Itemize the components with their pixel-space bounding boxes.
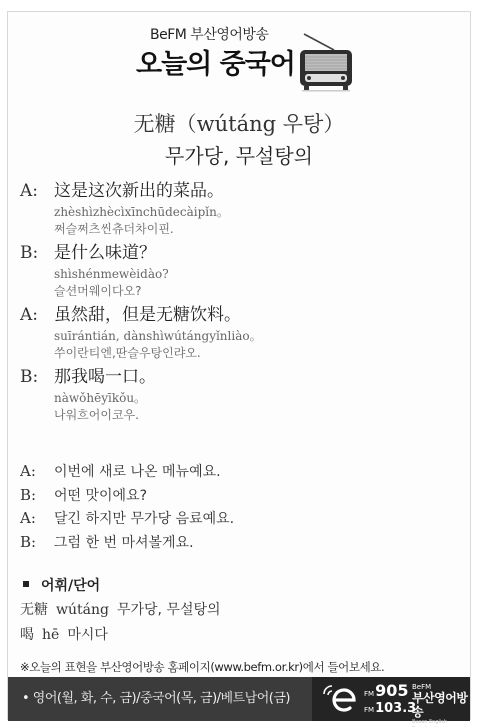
korean-pronunciation: 나워흐어이코우. bbox=[54, 407, 460, 426]
dialogue-line: B:那我喝一口。 nàwǒhēyīkǒu。 나워흐어이코우. bbox=[20, 364, 460, 426]
homepage-notice: ※오늘의 표현을 부산영어방송 홈페이지(www.befm.or.kr)에서 들… bbox=[20, 659, 470, 675]
vocab-word: 喝 bbox=[20, 627, 34, 643]
chinese-sentence: 这是这次新出的菜品。 bbox=[54, 181, 224, 201]
header: BeFM 부산영어방송 오늘의 중국어 bbox=[8, 22, 470, 94]
chinese-sentence: 那我喝一口。 bbox=[54, 367, 156, 387]
translation-text: 어떤 맛이에요? bbox=[54, 488, 147, 504]
station-subtitle: Busan English Broadcasting bbox=[412, 719, 470, 727]
korean-pronunciation: 슬션머웨이다오? bbox=[54, 283, 460, 302]
word-meaning: 무가당, 무설탕의 bbox=[8, 140, 470, 169]
translation-line: B:어떤 맛이에요? bbox=[20, 484, 460, 508]
chinese-sentence: 是什么味道？ bbox=[54, 243, 156, 263]
radio-icon bbox=[298, 32, 354, 92]
pinyin: zhèshìzhècìxīnchūdecàipǐn。 bbox=[54, 204, 460, 221]
speaker: A: bbox=[20, 507, 54, 531]
fm-label: FM bbox=[364, 706, 374, 714]
brand-label: BeFM 부산영어방송 bbox=[150, 24, 268, 44]
translation-text: 이번에 새로 나온 메뉴예요. bbox=[54, 464, 221, 480]
vocabulary-item: 无糖wútáng무가당, 무설탕의 bbox=[20, 598, 460, 623]
chinese-sentence: 虽然甜，但是无糖饮料。 bbox=[54, 305, 241, 325]
word-title: 无糖（wútáng 우탕） bbox=[8, 108, 470, 138]
speaker: A: bbox=[20, 302, 54, 328]
translation-line: B:그럼 한 번 마셔볼게요. bbox=[20, 531, 460, 555]
frequency: FM905 FM103.3 bbox=[364, 683, 416, 717]
translation-line: A:달긴 하지만 무가당 음료예요. bbox=[20, 507, 460, 531]
pinyin: nàwǒhēyīkǒu。 bbox=[54, 390, 460, 407]
vocabulary-heading-text: 어휘/단어 bbox=[41, 578, 100, 594]
speaker: B: bbox=[20, 364, 54, 390]
translation-text: 달긴 하지만 무가당 음료예요. bbox=[54, 511, 234, 527]
station-brand: BeFM bbox=[412, 683, 470, 691]
pinyin: suīrántián, dànshìwútángyǐnliào。 bbox=[54, 328, 460, 345]
show-title: 오늘의 중국어 bbox=[136, 42, 295, 81]
station-logo: FM905 FM103.3 BeFM 부산영어방송 Busan English … bbox=[312, 677, 470, 721]
speaker: B: bbox=[20, 531, 54, 555]
dialogue-line: A:这是这次新出的菜品。 zhèshìzhècìxīnchūdecàipǐn。 … bbox=[20, 178, 460, 240]
square-bullet-icon bbox=[23, 581, 29, 587]
vocab-pinyin: wútáng bbox=[56, 602, 109, 618]
vocabulary-heading: 어휘/단어 bbox=[20, 574, 460, 598]
article-frame: BeFM 부산영어방송 오늘의 중국어 无糖（wútáng 우탕） 무가당, 무… bbox=[7, 11, 471, 720]
station-name-block: BeFM 부산영어방송 Busan English Broadcasting bbox=[412, 683, 470, 727]
speaker: B: bbox=[20, 240, 54, 266]
translation-line: A:이번에 새로 나온 메뉴예요. bbox=[20, 460, 460, 484]
translation-text: 그럼 한 번 마셔볼게요. bbox=[54, 535, 194, 551]
broadcast-schedule: • 영어(월, 화, 수, 금)/중국어(목, 금)/베트남어(금) bbox=[8, 677, 312, 721]
frequency-1033: 103.3 bbox=[375, 701, 416, 716]
vocab-meaning: 마시다 bbox=[67, 627, 108, 643]
station-name: 부산영어방송 bbox=[412, 691, 470, 719]
pinyin: shìshénmewèidào? bbox=[54, 266, 460, 283]
fm-label: FM bbox=[364, 690, 374, 698]
korean-pronunciation: 쩌슬쩌츠씬츄더차이핀. bbox=[54, 221, 460, 240]
vocab-meaning: 무가당, 무설탕의 bbox=[117, 602, 221, 618]
speaker: A: bbox=[20, 460, 54, 484]
korean-pronunciation: 쑤이란티엔,딴슬우탕인랴오. bbox=[54, 345, 460, 364]
speaker: A: bbox=[20, 178, 54, 204]
vocab-pinyin: hē bbox=[42, 627, 59, 643]
dialogue: A:这是这次新出的菜品。 zhèshìzhècìxīnchūdecàipǐn。 … bbox=[20, 178, 460, 426]
befm-e-logo-icon bbox=[320, 682, 364, 716]
vocabulary-item: 喝hē마시다 bbox=[20, 623, 460, 648]
vocab-word: 无糖 bbox=[20, 602, 48, 618]
dialogue-line: B:是什么味道？ shìshénmewèidào? 슬션머웨이다오? bbox=[20, 240, 460, 302]
translation: A:이번에 새로 나온 메뉴예요. B:어떤 맛이에요? A:달긴 하지만 무가… bbox=[20, 460, 460, 554]
vocabulary-section: 어휘/단어 无糖wútáng무가당, 무설탕의 喝hē마시다 bbox=[20, 574, 460, 648]
dialogue-line: A:虽然甜，但是无糖饮料。 suīrántián, dànshìwútángyǐ… bbox=[20, 302, 460, 364]
speaker: B: bbox=[20, 484, 54, 508]
frequency-905: 905 bbox=[375, 681, 408, 700]
footer-bar: • 영어(월, 화, 수, 금)/중국어(목, 금)/베트남어(금) FM905… bbox=[8, 677, 470, 721]
